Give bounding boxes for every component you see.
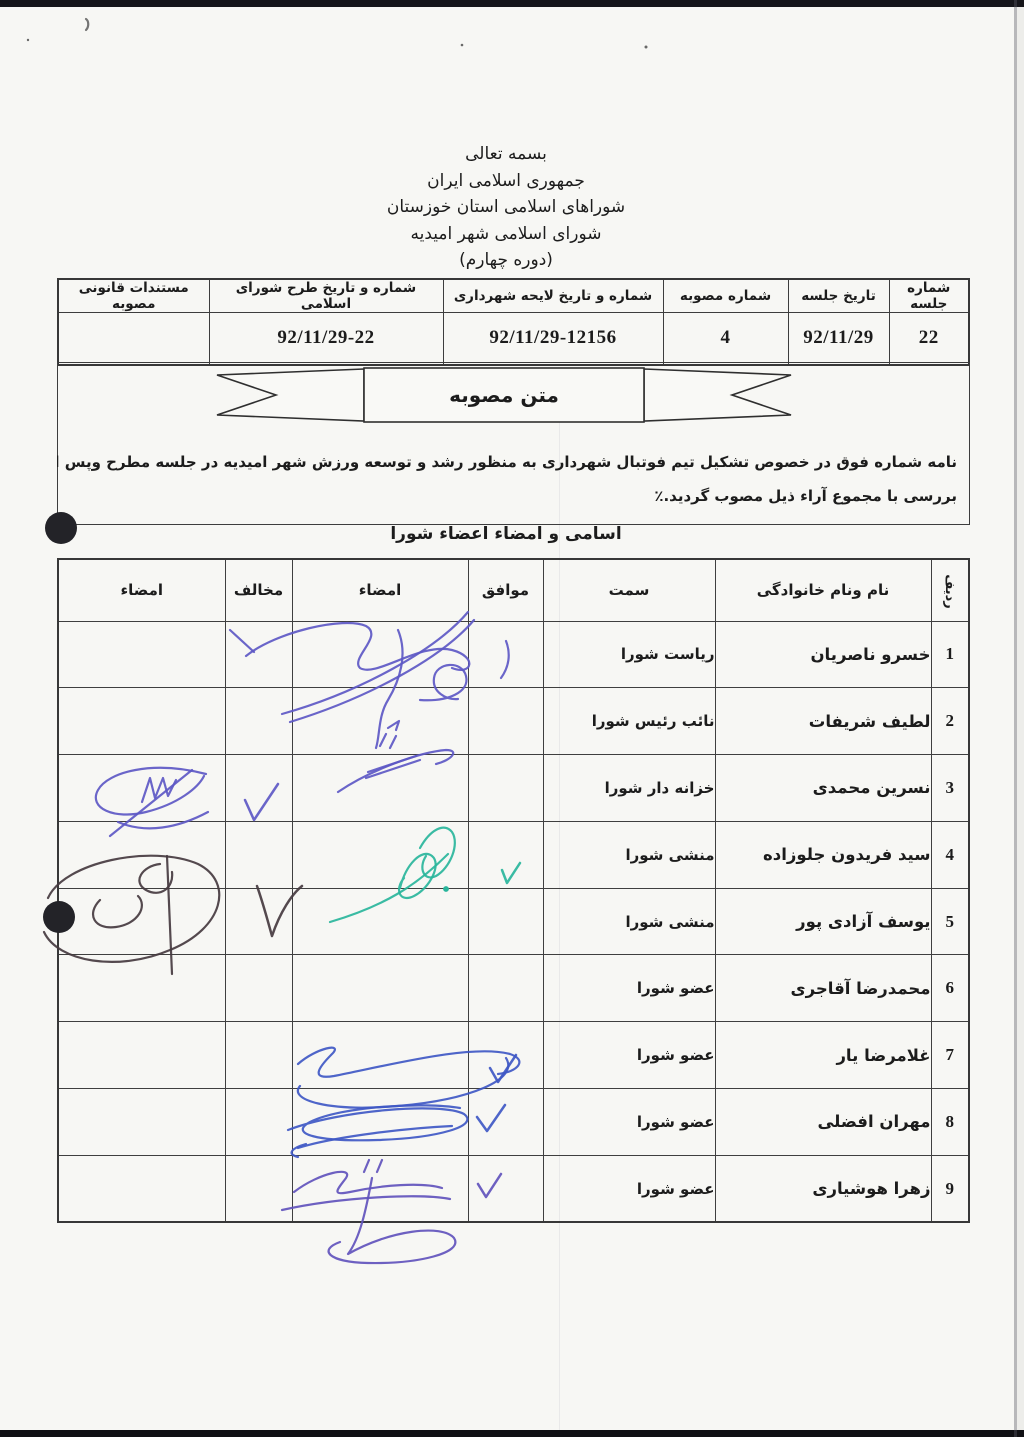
row-number: 2	[931, 688, 969, 755]
row-number: 7	[931, 1022, 969, 1089]
resolution-banner-ribbon: متن مصوبه	[214, 366, 794, 424]
scan-specks	[27, 19, 648, 49]
signature-agree-cell	[292, 688, 468, 755]
agree-cell	[468, 821, 543, 888]
header-signature-disagree: امضاء	[58, 559, 225, 621]
session-info-table: شماره جلسه تاریخ جلسه شماره مصوبه شماره …	[57, 278, 970, 366]
member-position: عضو شورا	[543, 955, 715, 1022]
signature-agree-cell	[292, 821, 468, 888]
member-row-5: 5 یوسف آزادی پور منشی شورا	[58, 888, 969, 955]
value-session-number: 22	[889, 313, 969, 365]
member-row-2: 2 لطیف شریفات نائب رئیس شورا	[58, 688, 969, 755]
value-resolution-number: 4	[663, 313, 788, 365]
agree-cell	[468, 1155, 543, 1222]
header-agree: موافق	[468, 559, 543, 621]
resolution-body-line2: بررسی با مجموع آراء ذیل مصوب گردید.٪	[654, 481, 957, 511]
member-row-6: 6 محمدرضا آقاجری عضو شورا	[58, 955, 969, 1022]
agree-cell	[468, 621, 543, 688]
info-value-row: 22 92/11/29 4 92/11/29-12156 92/11/29-22	[58, 313, 969, 365]
agree-cell	[468, 1089, 543, 1156]
signature-disagree-cell	[58, 1022, 225, 1089]
member-row-1: 1 خسرو ناصریان ریاست شورا	[58, 621, 969, 688]
member-name: لطیف شریفات	[715, 688, 931, 755]
member-row-8: 8 مهران افضلی عضو شورا	[58, 1089, 969, 1156]
agree-cell	[468, 688, 543, 755]
row-number: 1	[931, 621, 969, 688]
signature-agree-cell	[292, 1155, 468, 1222]
member-name: غلامرضا یار	[715, 1022, 931, 1089]
member-name: نسرین محمدی	[715, 755, 931, 822]
signature-disagree-cell	[58, 1089, 225, 1156]
row-number: 4	[931, 821, 969, 888]
letterhead-line-city-council: شورای اسلامی شهر امیدیه	[0, 221, 1012, 248]
signature-agree-cell	[292, 1022, 468, 1089]
member-name: زهرا هوشیاری	[715, 1155, 931, 1222]
member-row-9: 9 زهرا هوشیاری عضو شورا	[58, 1155, 969, 1222]
signature-disagree-cell	[58, 888, 225, 955]
member-name: خسرو ناصریان	[715, 621, 931, 688]
header-full-name: نام ونام خانوادگی	[715, 559, 931, 621]
member-name: سید فریدون جلوزاده	[715, 821, 931, 888]
letterhead-line-province-councils: شوراهای اسلامی استان خوزستان	[0, 194, 1012, 221]
signature-disagree-cell	[58, 688, 225, 755]
member-row-3: 3 نسرین محمدی خزانه دار شورا	[58, 755, 969, 822]
members-section-title: اسامی و امضاء اعضاء شورا	[0, 524, 1012, 544]
member-position: ریاست شورا	[543, 621, 715, 688]
disagree-cell	[225, 888, 292, 955]
info-header-row: شماره جلسه تاریخ جلسه شماره مصوبه شماره …	[58, 279, 969, 313]
resolution-banner-title: متن مصوبه	[214, 366, 794, 424]
header-plan-number-date: شماره و تاریخ طرح شورای اسلامی	[209, 279, 443, 313]
row-number: 9	[931, 1155, 969, 1222]
disagree-cell	[225, 755, 292, 822]
signature-agree-cell	[292, 955, 468, 1022]
member-position: عضو شورا	[543, 1089, 715, 1156]
header-session-date: تاریخ جلسه	[788, 279, 889, 313]
signature-disagree-cell	[58, 1155, 225, 1222]
signature-agree-cell	[292, 621, 468, 688]
members-table: ردیف نام ونام خانوادگی سمت موافق امضاء م…	[57, 558, 970, 1223]
member-row-7: 7 غلامرضا یار عضو شورا	[58, 1022, 969, 1089]
member-name: مهران افضلی	[715, 1089, 931, 1156]
row-number: 3	[931, 755, 969, 822]
letterhead: بسمه تعالی جمهوری اسلامی ایران شوراهای ا…	[0, 141, 1012, 274]
signature-disagree-cell	[58, 821, 225, 888]
row-number: 5	[931, 888, 969, 955]
agree-cell	[468, 955, 543, 1022]
member-position: عضو شورا	[543, 1155, 715, 1222]
header-resolution-number: شماره مصوبه	[663, 279, 788, 313]
header-signature-agree: امضاء	[292, 559, 468, 621]
letterhead-line-republic: جمهوری اسلامی ایران	[0, 168, 1012, 195]
signature-disagree-cell	[58, 955, 225, 1022]
row-number: 6	[931, 955, 969, 1022]
value-bill-number-date: 92/11/29-12156	[443, 313, 663, 365]
scan-edge-right	[1014, 0, 1017, 1437]
member-position: عضو شورا	[543, 1022, 715, 1089]
member-position: منشی شورا	[543, 821, 715, 888]
value-plan-number-date: 92/11/29-22	[209, 313, 443, 365]
header-legal-docs: مستندات قانونی مصوبه	[58, 279, 209, 313]
letterhead-line-term: (دوره چهارم)	[0, 247, 1012, 274]
value-legal-docs	[58, 313, 209, 365]
member-position: منشی شورا	[543, 888, 715, 955]
disagree-cell	[225, 688, 292, 755]
signature-agree-cell	[292, 1089, 468, 1156]
row-number: 8	[931, 1089, 969, 1156]
disagree-cell	[225, 1022, 292, 1089]
resolution-body-line1: نامه شماره فوق در خصوص تشکیل تیم فوتبال …	[57, 447, 957, 477]
agree-cell	[468, 888, 543, 955]
agree-cell	[468, 1022, 543, 1089]
disagree-cell	[225, 821, 292, 888]
signature-disagree-cell	[58, 621, 225, 688]
member-position: خزانه دار شورا	[543, 755, 715, 822]
header-bill-number-date: شماره و تاریخ لایحه شهرداری	[443, 279, 663, 313]
header-session-number: شماره جلسه	[889, 279, 969, 313]
signature-agree-cell	[292, 755, 468, 822]
agree-cell	[468, 755, 543, 822]
members-header-row: ردیف نام ونام خانوادگی سمت موافق امضاء م…	[58, 559, 969, 621]
scanned-document-page: بسمه تعالی جمهوری اسلامی ایران شوراهای ا…	[0, 0, 1024, 1437]
disagree-cell	[225, 621, 292, 688]
paper-right-margin	[1017, 0, 1024, 1437]
header-row-number: ردیف	[931, 559, 969, 621]
scan-edge-bottom	[0, 1430, 1024, 1437]
disagree-cell	[225, 955, 292, 1022]
member-name: یوسف آزادی پور	[715, 888, 931, 955]
disagree-cell	[225, 1089, 292, 1156]
member-name: محمدرضا آقاجری	[715, 955, 931, 1022]
header-disagree: مخالف	[225, 559, 292, 621]
member-row-4: 4 سید فریدون جلوزاده منشی شورا	[58, 821, 969, 888]
member-position: نائب رئیس شورا	[543, 688, 715, 755]
header-position: سمت	[543, 559, 715, 621]
signature-disagree-cell	[58, 755, 225, 822]
letterhead-line-bismillah: بسمه تعالی	[0, 141, 1012, 168]
scan-edge-top	[0, 0, 1024, 7]
signature-agree-cell	[292, 888, 468, 955]
value-session-date: 92/11/29	[788, 313, 889, 365]
disagree-cell	[225, 1155, 292, 1222]
